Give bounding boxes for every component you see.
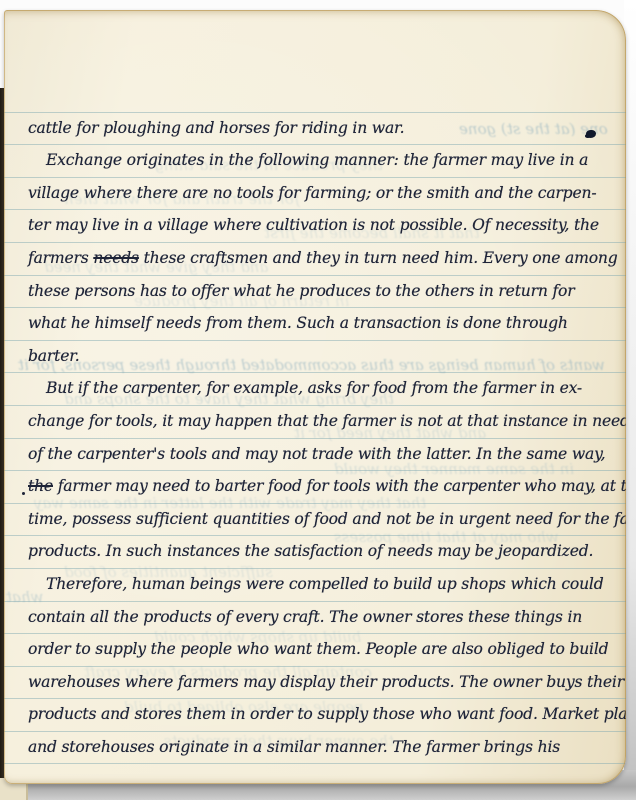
- handwriting-text: warehouses where farmers may display the…: [28, 673, 624, 691]
- handwriting-text: contain all the products of every craft.…: [28, 608, 582, 626]
- stray-ink-dot: [22, 492, 25, 495]
- handwriting-line: change for tools, it may happen that the…: [4, 406, 626, 439]
- handwriting-text: products. In such instances the satisfac…: [28, 542, 593, 560]
- handwriting-text: these persons has to offer what he produ…: [28, 282, 574, 300]
- handwriting-line: ter may live in a village where cultivat…: [4, 210, 626, 243]
- handwriting-line: contain all the products of every craft.…: [4, 602, 626, 635]
- handwriting-text: order to supply the people who want them…: [28, 640, 608, 658]
- handwriting-line: what he himself needs from them. Such a …: [4, 308, 626, 341]
- handwriting-line: these persons has to offer what he produ…: [4, 276, 626, 309]
- handwriting-text: But if the carpenter, for example, asks …: [46, 379, 582, 397]
- handwriting-text: and storehouses originate in a similar m…: [28, 738, 560, 756]
- handwriting-text: ter may live in a village where cultivat…: [28, 216, 599, 234]
- handwriting-block: cattle for ploughing and horses for ridi…: [4, 80, 626, 764]
- handwriting-line: of the carpenter's tools and may not tra…: [4, 439, 626, 472]
- handwriting-text: change for tools, it may happen that the…: [28, 412, 626, 430]
- handwriting-line: But if the carpenter, for example, asks …: [4, 373, 626, 406]
- handwriting-line: Exchange originates in the following man…: [4, 145, 626, 178]
- handwriting-text: farmers: [28, 249, 93, 267]
- handwriting-text: these craftsmen and they in turn need hi…: [139, 249, 618, 267]
- handwriting-text: Therefore, human beings were compelled t…: [46, 575, 604, 593]
- handwriting-text: what he himself needs from them. Such a …: [28, 314, 568, 332]
- handwriting-line: warehouses where farmers may display the…: [4, 667, 626, 700]
- handwriting-line: products and stores them in order to sup…: [4, 699, 626, 732]
- handwriting-text: Exchange originates in the following man…: [46, 151, 588, 169]
- handwriting-text: barter.: [28, 347, 80, 365]
- handwriting-line: and storehouses originate in a similar m…: [4, 732, 626, 765]
- handwriting-line: barter.: [4, 341, 626, 374]
- empty-ruled-line: [4, 80, 626, 113]
- handwriting-line: cattle for ploughing and horses for ridi…: [4, 113, 626, 146]
- handwriting-line: the farmer may need to barter food for t…: [4, 471, 626, 504]
- handwriting-text: of the carpenter's tools and may not tra…: [28, 445, 605, 463]
- handwriting-line: time, possess sufficient quantities of f…: [4, 504, 626, 537]
- handwriting-line: order to supply the people who want them…: [4, 634, 626, 667]
- handwriting-text: village where there are no tools for far…: [28, 184, 596, 202]
- struck-word: the: [28, 477, 53, 495]
- handwriting-line: farmers needs these craftsmen and they i…: [4, 243, 626, 276]
- handwriting-text: cattle for ploughing and horses for ridi…: [28, 119, 404, 137]
- handwriting-text: time, possess sufficient quantities of f…: [28, 510, 626, 528]
- handwriting-text: farmer may need to barter food for tools…: [53, 477, 626, 495]
- notebook-page: one (at the st) gonethey produce in the …: [4, 10, 626, 784]
- struck-word: needs: [93, 249, 138, 267]
- handwriting-text: products and stores them in order to sup…: [28, 705, 626, 723]
- handwriting-line: Therefore, human beings were compelled t…: [4, 569, 626, 602]
- handwriting-line: products. In such instances the satisfac…: [4, 536, 626, 569]
- handwriting-line: village where there are no tools for far…: [4, 178, 626, 211]
